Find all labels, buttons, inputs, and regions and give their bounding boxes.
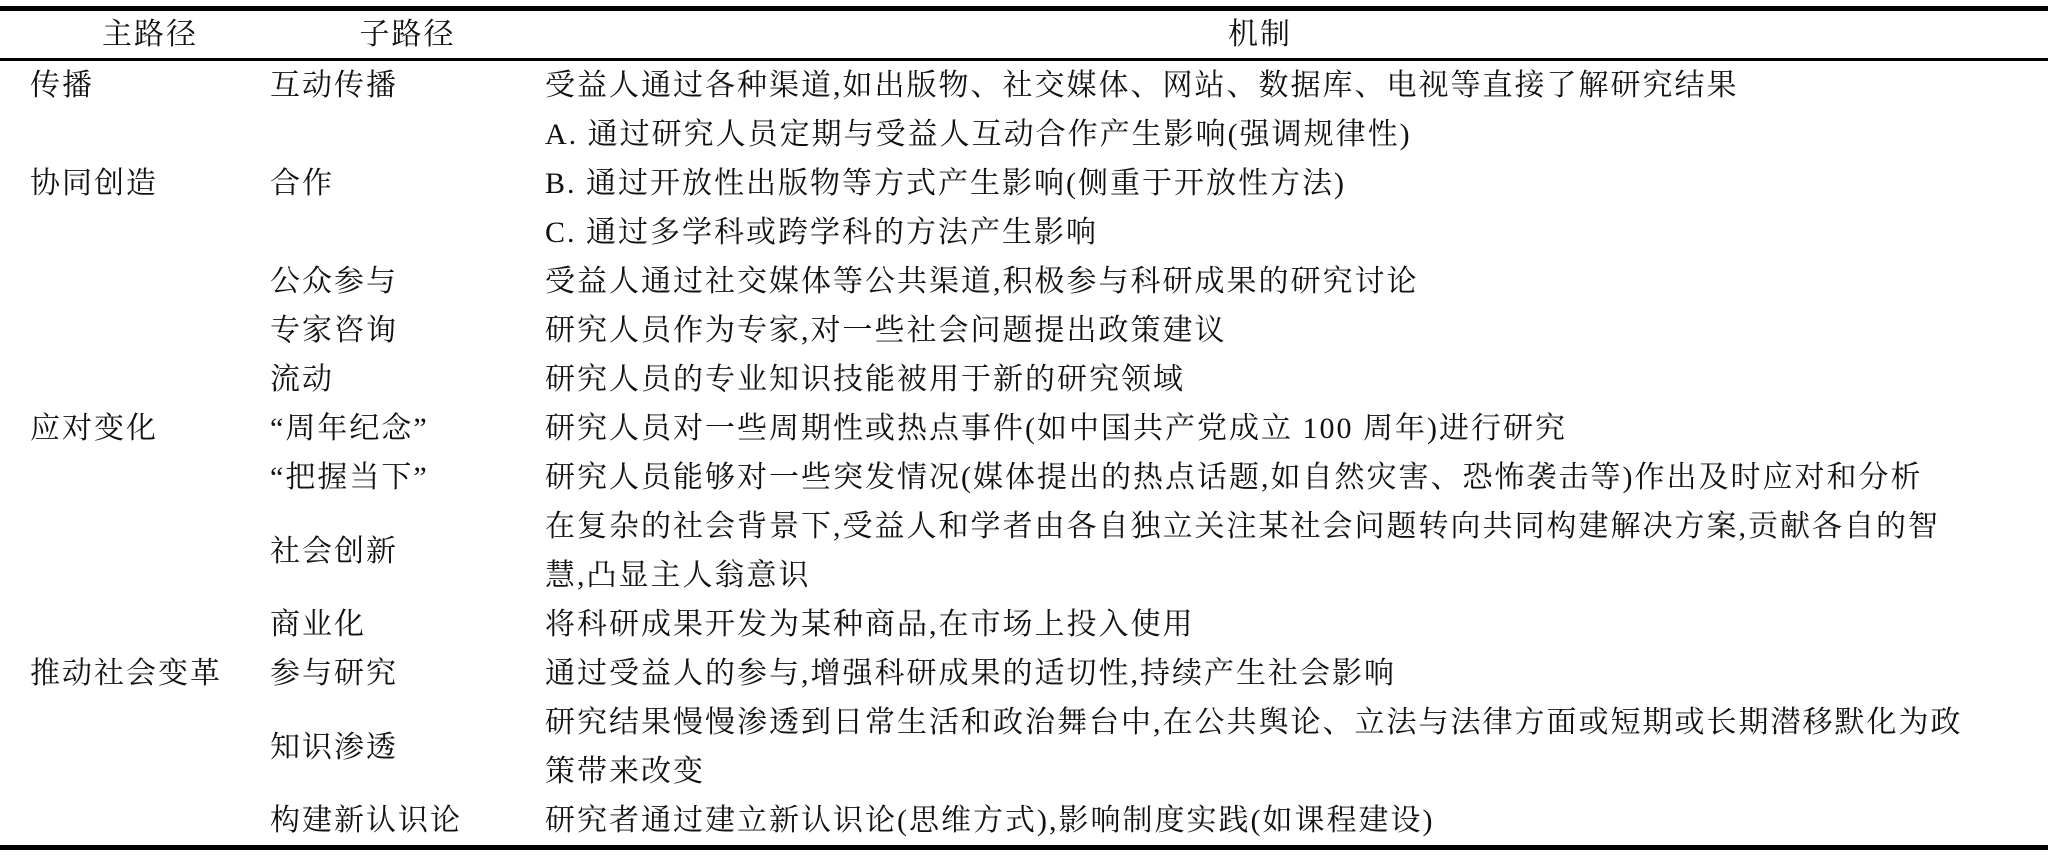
main-path-cell	[30, 796, 270, 845]
table-row: 社会创新 在复杂的社会背景下,受益人和学者由各自独立关注某社会问题转向共同构建解…	[0, 502, 2048, 600]
mechanism-cell: C. 通过多学科或跨学科的方法产生影响	[545, 208, 1985, 257]
table-row: 推动社会变革 参与研究 通过受益人的参与,增强科研成果的适切性,持续产生社会影响	[0, 649, 2048, 698]
table-row: 公众参与 受益人通过社交媒体等公共渠道,积极参与科研成果的研究讨论	[0, 257, 2048, 306]
table-row: A. 通过研究人员定期与受益人互动合作产生影响(强调规律性)	[0, 110, 2048, 159]
main-path-cell: 传播	[30, 61, 270, 110]
main-path-cell	[30, 110, 270, 159]
mechanism-cell: 研究人员的专业知识技能被用于新的研究领域	[545, 355, 1985, 404]
table-row: 商业化 将科研成果开发为某种商品,在市场上投入使用	[0, 600, 2048, 649]
main-path-cell	[30, 208, 270, 257]
main-path-cell	[30, 306, 270, 355]
impact-pathway-table: 主路径 子路径 机制 传播 互动传播 受益人通过各种渠道,如出版物、社交媒体、网…	[0, 6, 2048, 850]
sub-path-cell: 构建新认识论	[270, 796, 545, 845]
mechanism-cell: 在复杂的社会背景下,受益人和学者由各自独立关注某社会问题转向共同构建解决方案,贡…	[545, 502, 1985, 600]
page: 主路径 子路径 机制 传播 互动传播 受益人通过各种渠道,如出版物、社交媒体、网…	[0, 0, 2048, 864]
table-row: 传播 互动传播 受益人通过各种渠道,如出版物、社交媒体、网站、数据库、电视等直接…	[0, 61, 2048, 110]
sub-path-cell: 商业化	[270, 600, 545, 649]
main-path-cell	[30, 355, 270, 404]
sub-path-cell: 互动传播	[270, 61, 545, 110]
sub-path-cell: 公众参与	[270, 257, 545, 306]
main-path-cell	[30, 600, 270, 649]
mechanism-cell: 研究结果慢慢渗透到日常生活和政治舞台中,在公共舆论、立法与法律方面或短期或长期潜…	[545, 698, 1985, 796]
table-row: “把握当下” 研究人员能够对一些突发情况(媒体提出的热点话题,如自然灾害、恐怖袭…	[0, 453, 2048, 502]
main-path-cell: 协同创造	[30, 159, 270, 208]
mechanism-cell: A. 通过研究人员定期与受益人互动合作产生影响(强调规律性)	[545, 110, 1985, 159]
sub-path-cell: “把握当下”	[270, 453, 545, 502]
sub-path-cell: 知识渗透	[270, 723, 545, 772]
mechanism-cell: 通过受益人的参与,增强科研成果的适切性,持续产生社会影响	[545, 649, 1985, 698]
mechanism-cell: 研究人员对一些周期性或热点事件(如中国共产党成立 100 周年)进行研究	[545, 404, 1985, 453]
table-header-row: 主路径 子路径 机制	[0, 11, 2048, 61]
col-header-mechanism: 机制	[545, 11, 1985, 58]
sub-path-cell: “周年纪念”	[270, 404, 545, 453]
main-path-cell: 推动社会变革	[30, 649, 270, 698]
main-path-cell	[30, 723, 270, 772]
main-path-cell: 应对变化	[30, 404, 270, 453]
table-row: 应对变化 “周年纪念” 研究人员对一些周期性或热点事件(如中国共产党成立 100…	[0, 404, 2048, 453]
table-row: 知识渗透 研究结果慢慢渗透到日常生活和政治舞台中,在公共舆论、立法与法律方面或短…	[0, 698, 2048, 796]
mechanism-cell: 受益人通过各种渠道,如出版物、社交媒体、网站、数据库、电视等直接了解研究结果	[545, 61, 1985, 110]
table-row: C. 通过多学科或跨学科的方法产生影响	[0, 208, 2048, 257]
sub-path-cell: 合作	[270, 159, 545, 208]
col-header-main-path: 主路径	[30, 11, 270, 58]
table-row: 专家咨询 研究人员作为专家,对一些社会问题提出政策建议	[0, 306, 2048, 355]
main-path-cell	[30, 257, 270, 306]
mechanism-cell: 受益人通过社交媒体等公共渠道,积极参与科研成果的研究讨论	[545, 257, 1985, 306]
sub-path-cell: 参与研究	[270, 649, 545, 698]
col-header-sub-path: 子路径	[270, 11, 545, 58]
mechanism-cell: 将科研成果开发为某种商品,在市场上投入使用	[545, 600, 1985, 649]
main-path-cell	[30, 527, 270, 576]
mechanism-cell: 研究人员能够对一些突发情况(媒体提出的热点话题,如自然灾害、恐怖袭击等)作出及时…	[545, 453, 1985, 502]
table-row: 流动 研究人员的专业知识技能被用于新的研究领域	[0, 355, 2048, 404]
sub-path-cell	[270, 110, 545, 159]
sub-path-cell: 专家咨询	[270, 306, 545, 355]
mechanism-cell: 研究者通过建立新认识论(思维方式),影响制度实践(如课程建设)	[545, 796, 1985, 845]
mechanism-cell: 研究人员作为专家,对一些社会问题提出政策建议	[545, 306, 1985, 355]
sub-path-cell: 社会创新	[270, 527, 545, 576]
sub-path-cell	[270, 208, 545, 257]
main-path-cell	[30, 453, 270, 502]
table-row: 构建新认识论 研究者通过建立新认识论(思维方式),影响制度实践(如课程建设)	[0, 796, 2048, 845]
table-row: 协同创造 合作 B. 通过开放性出版物等方式产生影响(侧重于开放性方法)	[0, 159, 2048, 208]
mechanism-cell: B. 通过开放性出版物等方式产生影响(侧重于开放性方法)	[545, 159, 1985, 208]
sub-path-cell: 流动	[270, 355, 545, 404]
